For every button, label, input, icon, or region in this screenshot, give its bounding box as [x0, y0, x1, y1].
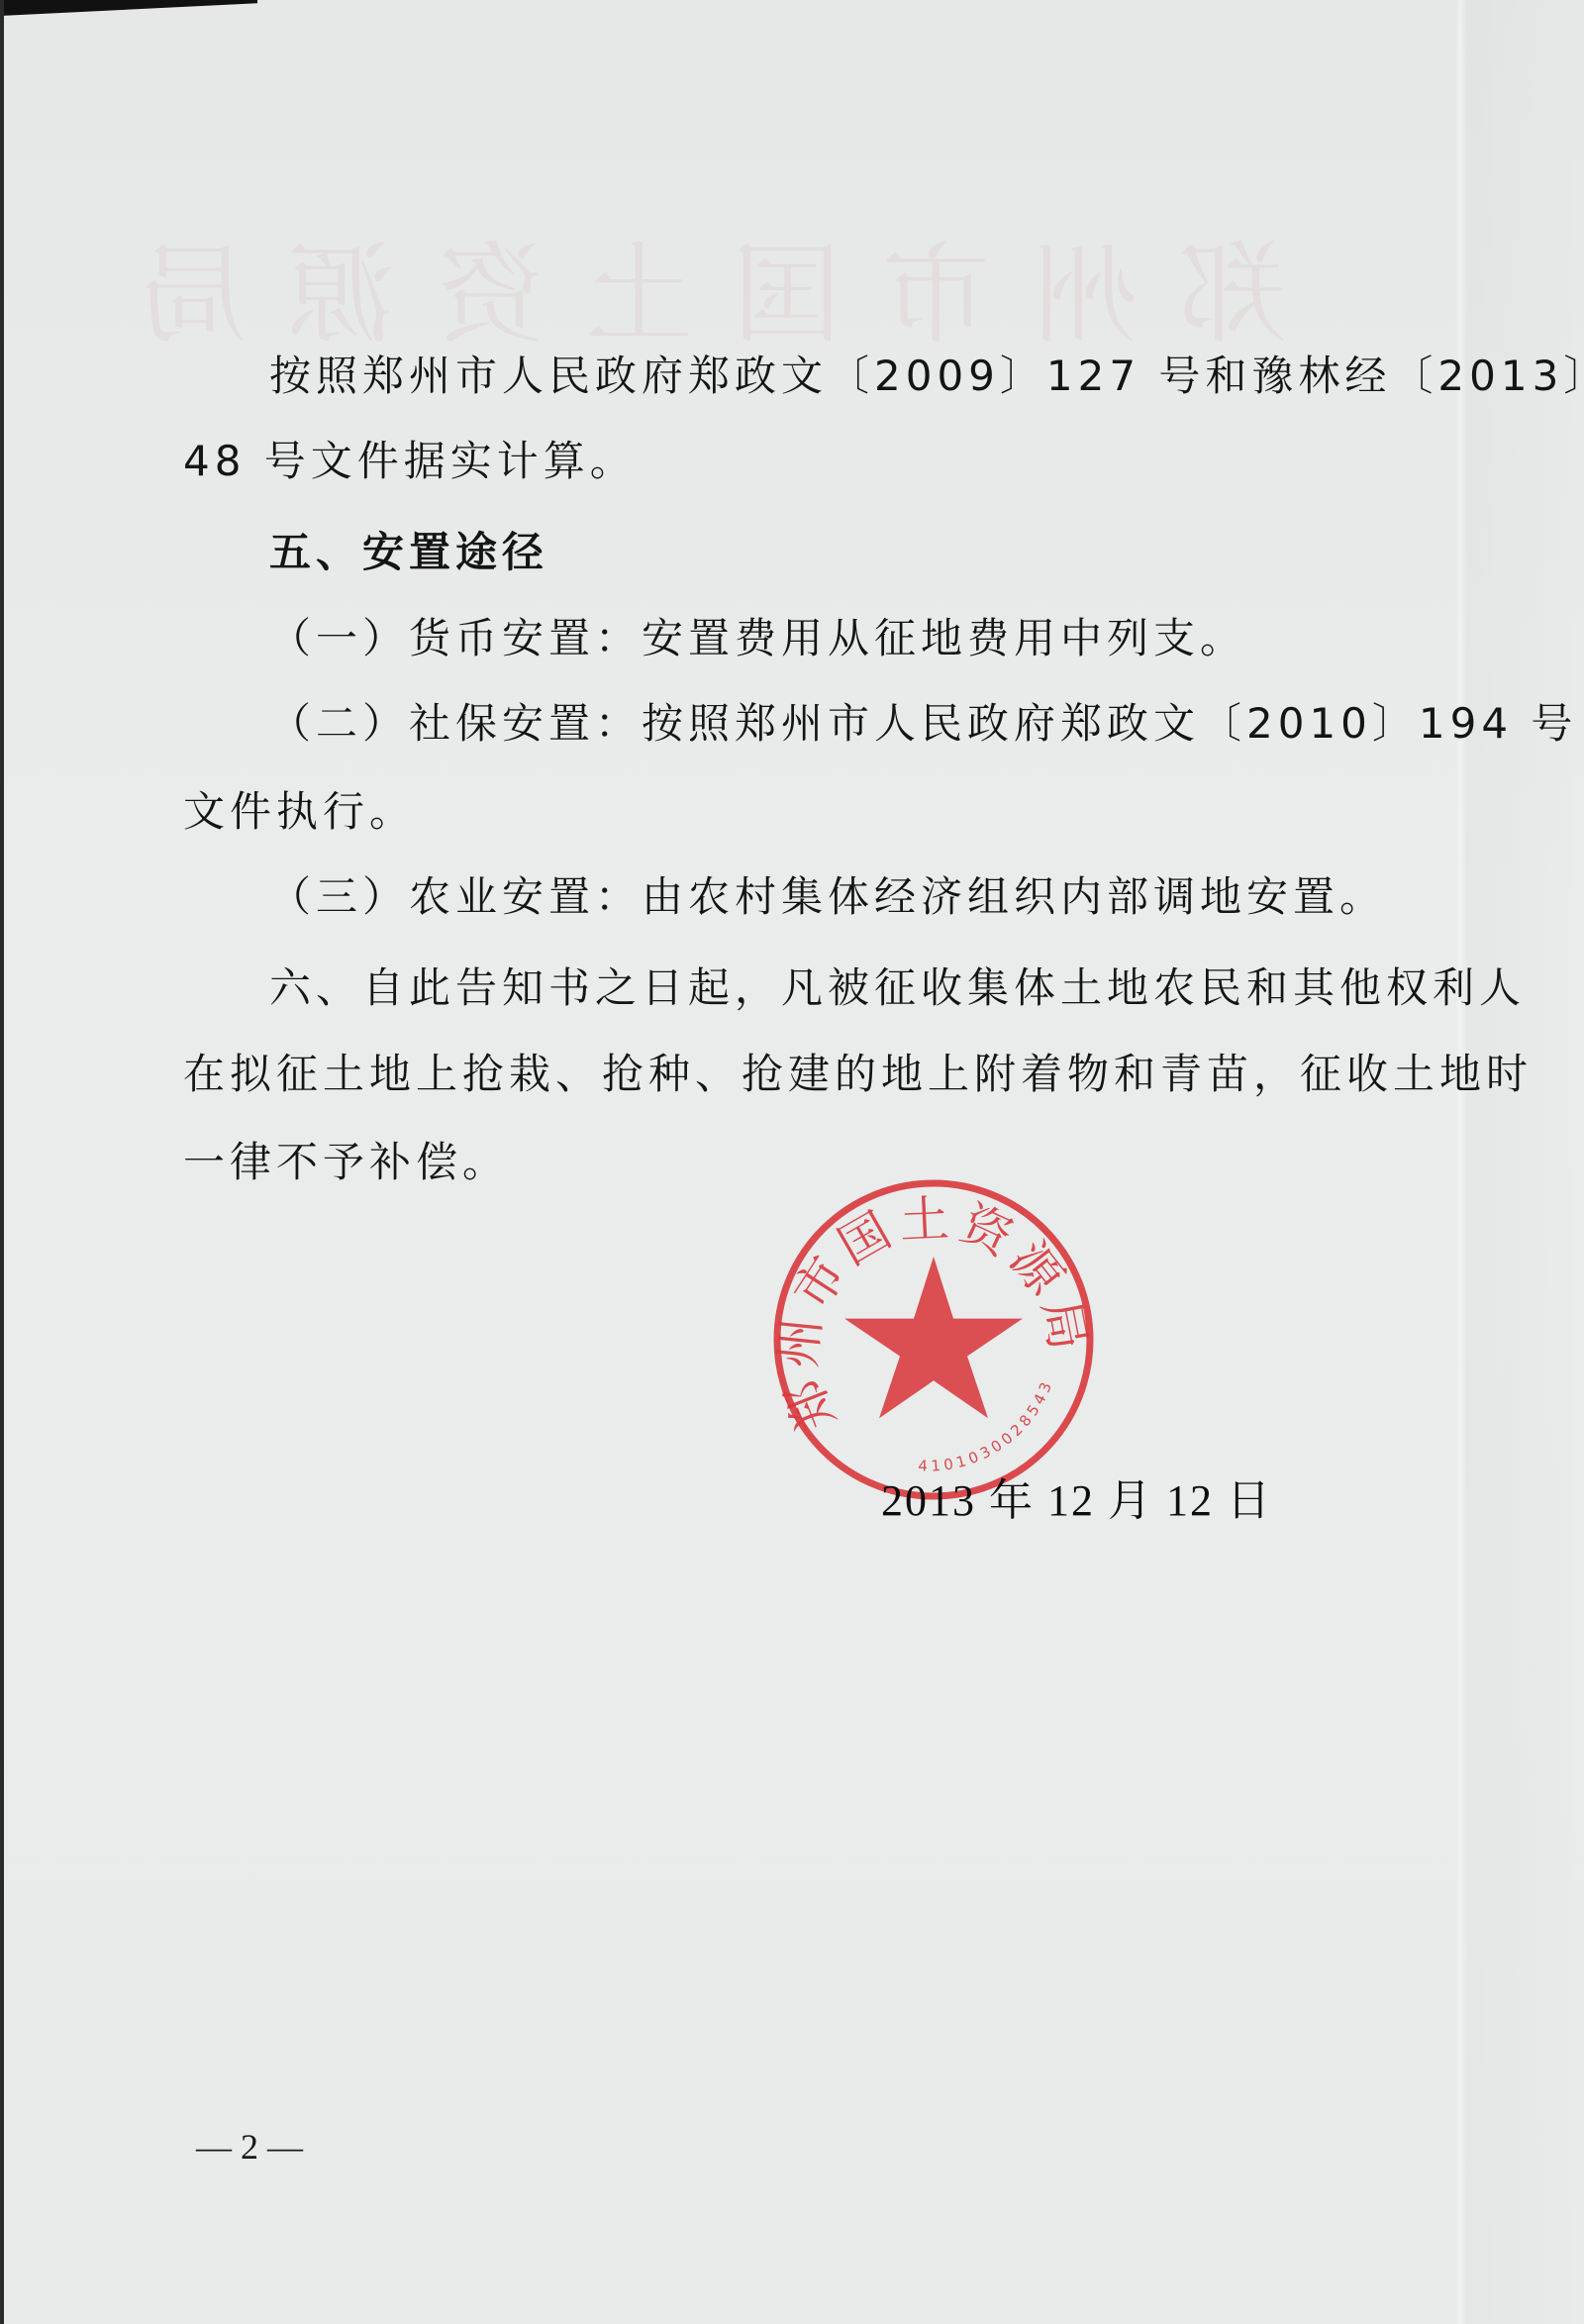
star-icon: [844, 1257, 1023, 1418]
scan-edge-left: [0, 0, 4, 2324]
body-line-5: （二）社保安置：按照郑州市人民政府郑政文〔2010〕194 号: [269, 696, 1577, 752]
page-number: — 2 —: [196, 2127, 303, 2167]
body-line-6: 文件执行。: [183, 784, 416, 840]
body-line-10: 一律不予补偿。: [183, 1135, 509, 1190]
section-heading-5: 五、安置途径: [269, 525, 548, 580]
body-line-2: 48 号文件据实计算。: [183, 434, 637, 489]
body-line-9: 在拟征土地上抢栽、抢种、抢建的地上附着物和青苗，征收土地时: [183, 1047, 1533, 1102]
body-line-7: （三）农业安置：由农村集体经济组织内部调地安置。: [269, 869, 1386, 925]
body-line-4: （一）货币安置：安置费用从征地费用中列支。: [269, 611, 1246, 666]
body-line-1: 按照郑州市人民政府郑政文〔2009〕127 号和豫林经〔2013〕: [269, 349, 1584, 404]
bleed-through-header: 郑州市国土资源局: [238, 208, 1287, 327]
issue-date: 2013 年 12 月 12 日: [881, 1473, 1272, 1529]
official-seal: 郑州市国土资源局 4101030028543: [770, 1176, 1097, 1503]
section-paragraph-6: 六、自此告知书之日起，凡被征收集体土地农民和其他权利人: [269, 960, 1526, 1016]
